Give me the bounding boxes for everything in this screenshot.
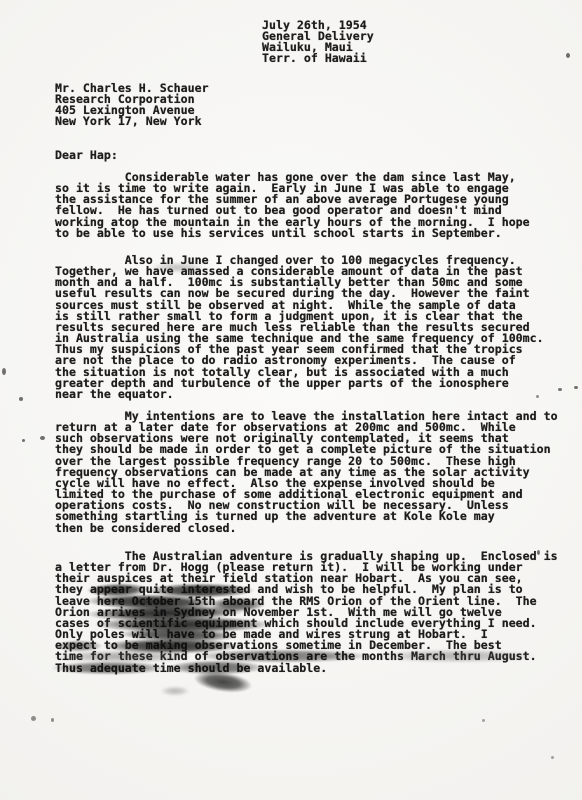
scan-speck	[482, 719, 485, 722]
scan-speck	[2, 368, 6, 375]
scan-speck	[574, 386, 578, 389]
scan-speck	[551, 756, 554, 759]
scan-speck	[40, 436, 45, 440]
body-paragraph-1: Considerable water has gone over the dam…	[55, 172, 530, 239]
recipient-address-block: Mr. Charles H. Schauer Research Corporat…	[55, 83, 209, 128]
body-paragraph-2: Also in June I changed over to 100 megac…	[55, 255, 544, 400]
scan-speck	[558, 388, 562, 391]
scan-speck	[22, 439, 25, 442]
scan-speck	[19, 397, 23, 401]
salutation: Dear Hap:	[55, 150, 118, 161]
sender-address-block: July 26th, 1954 General Delivery Wailuku…	[262, 20, 374, 65]
letter-page: July 26th, 1954 General Delivery Wailuku…	[0, 0, 582, 800]
body-paragraph-4: The Australian adventure is gradually sh…	[55, 551, 558, 674]
scan-speck	[51, 718, 54, 722]
scan-speck	[31, 716, 36, 721]
ink-blob	[160, 686, 190, 696]
scan-speck	[566, 53, 570, 58]
body-paragraph-3: My intentions are to leave the installat…	[55, 411, 558, 534]
